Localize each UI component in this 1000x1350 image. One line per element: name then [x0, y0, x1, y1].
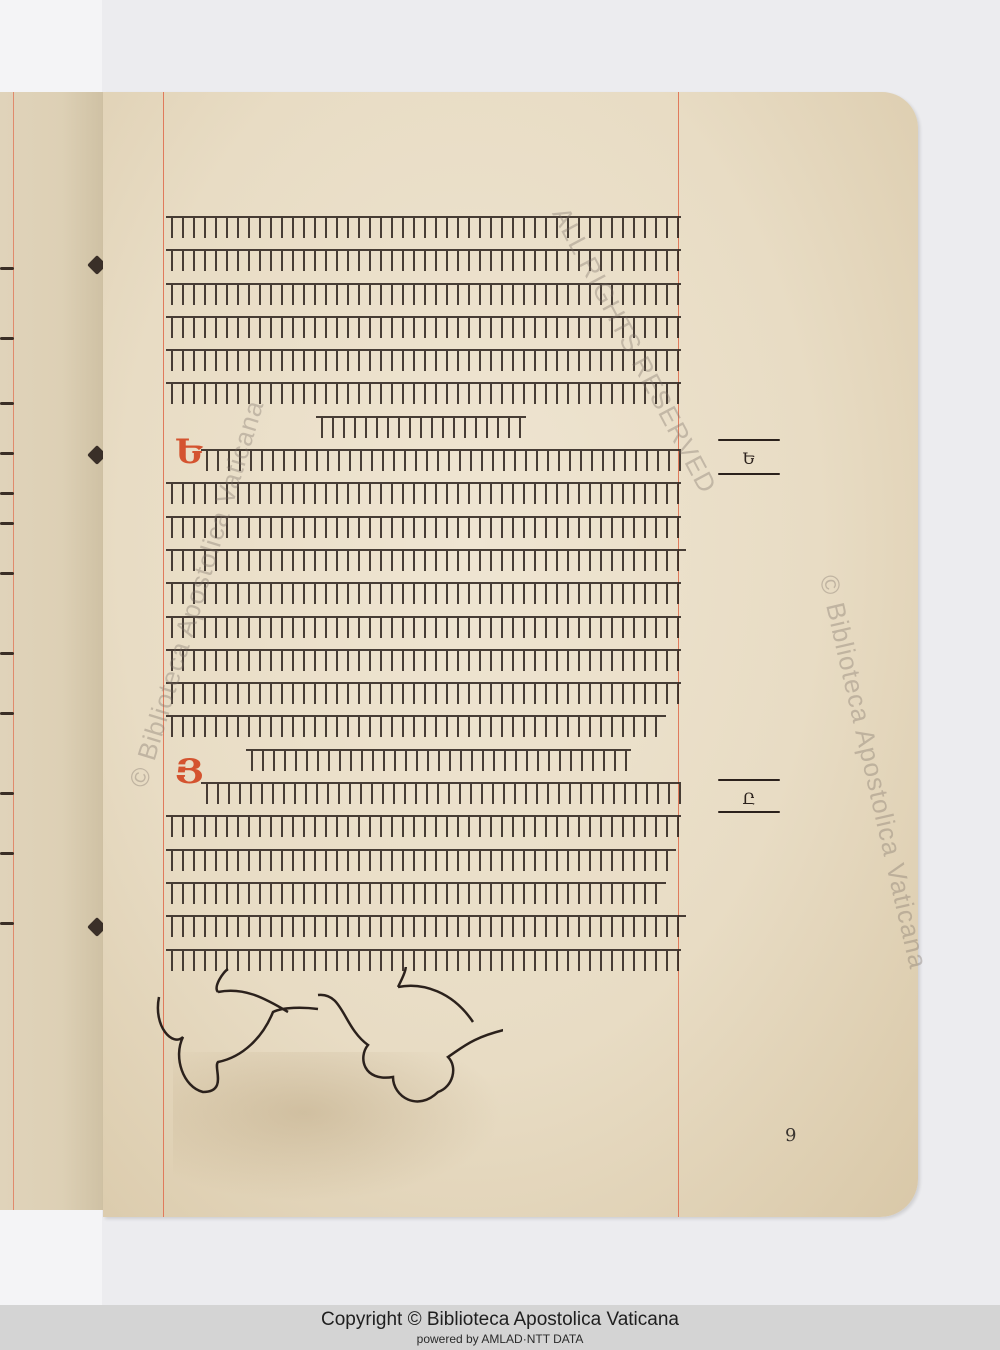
- text-line: [166, 612, 686, 638]
- rubricated-initial: Յ: [175, 752, 203, 792]
- text-line: [166, 845, 686, 871]
- left-page-ink: [0, 492, 14, 495]
- left-page-ink: [0, 402, 14, 405]
- decorative-flourish: [153, 967, 503, 1127]
- folio-number: 9: [785, 1125, 796, 1146]
- copyright-footer: Copyright © Biblioteca Apostolica Vatica…: [0, 1305, 1000, 1350]
- text-line: [166, 745, 686, 771]
- rubricated-initial: Ե: [175, 432, 203, 472]
- right-page: Ե Յ Ե Ը © Biblioteca Apostolica Vaticana…: [103, 92, 918, 1217]
- watermark: © Biblioteca Apostolica Vaticana: [813, 572, 934, 972]
- text-line: [166, 212, 686, 238]
- left-page-ink: [0, 572, 14, 575]
- text-line: [166, 645, 686, 671]
- text-line: [166, 512, 686, 538]
- left-page-edge: [0, 92, 105, 1210]
- text-line: [166, 678, 686, 704]
- margin-note: Ե: [718, 437, 780, 477]
- copyright-text: Copyright © Biblioteca Apostolica Vatica…: [0, 1305, 1000, 1331]
- text-line: [166, 545, 686, 571]
- left-page-ink: [0, 712, 14, 715]
- left-page-ink: [0, 792, 14, 795]
- powered-by-text: powered by AMLAD·NTT DATA: [0, 1332, 1000, 1346]
- text-line: [166, 811, 686, 837]
- left-page-ink: [0, 522, 14, 525]
- manuscript-scan: Ե Յ Ե Ը © Biblioteca Apostolica Vaticana…: [0, 0, 1000, 1305]
- margin-note: Ը: [718, 777, 780, 817]
- left-page-ink: [0, 852, 14, 855]
- left-page-ink: [0, 337, 14, 340]
- text-line: [166, 778, 686, 804]
- left-page-ink: [0, 267, 14, 270]
- text-line: [166, 711, 686, 737]
- text-line: [166, 911, 686, 937]
- text-line: [166, 345, 686, 371]
- text-line: [166, 578, 686, 604]
- left-page-ink: [0, 922, 14, 925]
- left-page-ink: [0, 652, 14, 655]
- left-page-ruling: [13, 92, 14, 1210]
- left-page-ink: [0, 452, 14, 455]
- text-line: [166, 878, 686, 904]
